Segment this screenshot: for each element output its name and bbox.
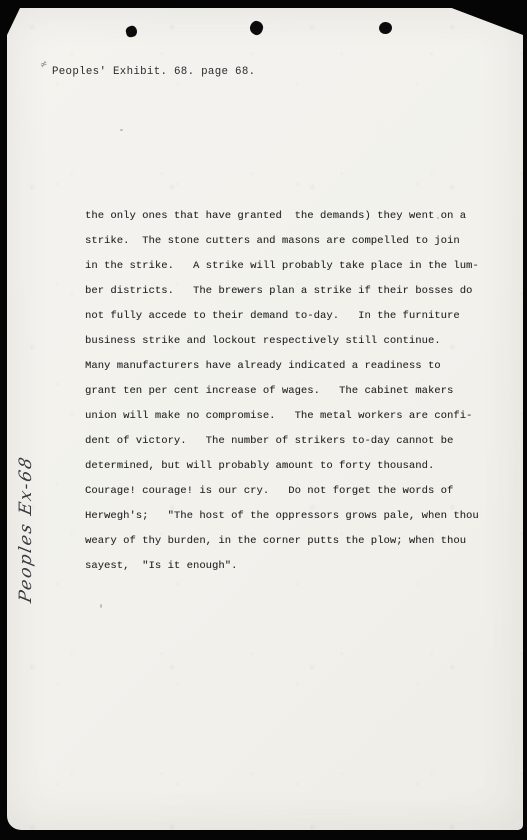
handwritten-tick-mark: ≠: [39, 59, 48, 71]
scan-speck: [437, 217, 439, 219]
document-page: ≠ Peoples' Exhibit. 68. page 68. the onl…: [7, 8, 523, 830]
binding-hole-icon: [378, 21, 392, 34]
exhibit-header: Peoples' Exhibit. 68. page 68.: [52, 62, 255, 82]
binding-hole-icon: [125, 25, 138, 38]
scan-speck: [100, 604, 102, 608]
scanned-document: ≠ Peoples' Exhibit. 68. page 68. the onl…: [0, 0, 527, 840]
document-body-text: the only ones that have granted the dema…: [85, 204, 495, 579]
scan-speck: [120, 129, 123, 131]
binding-hole-icon: [249, 20, 264, 36]
margin-annotation-handwritten: Peoples Ex-68: [16, 432, 44, 628]
